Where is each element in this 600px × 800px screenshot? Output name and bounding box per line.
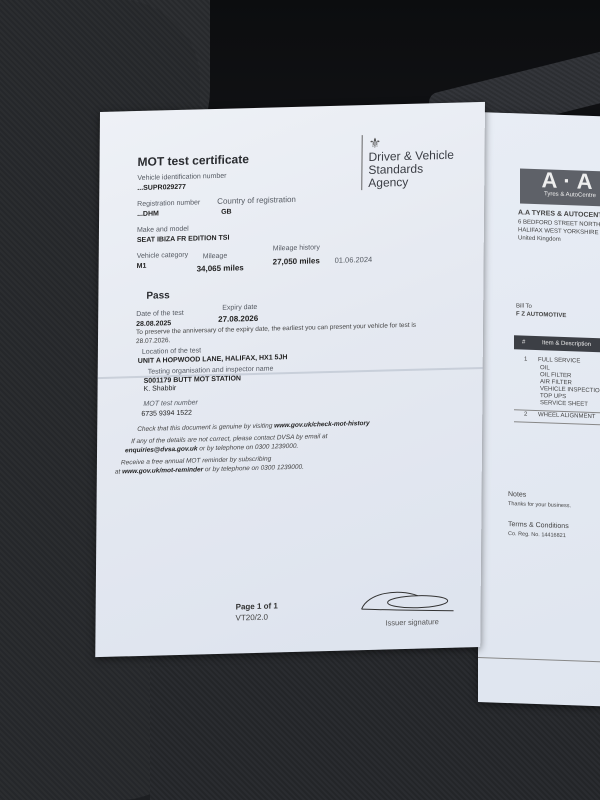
form-code: VT20/2.0 (236, 613, 269, 623)
reg-label: Registration number (137, 199, 200, 208)
invoice-document: A·A Tyres & AutoCentre A.A TYRES & AUTOC… (478, 112, 600, 707)
page-number: Page 1 of 1 (236, 601, 278, 611)
test-result: Pass (146, 290, 169, 302)
vin-label: Vehicle identification number (137, 173, 226, 182)
mileage-label: Mileage (203, 253, 228, 261)
check-text: Check that this document is genuine by v… (137, 420, 369, 433)
item-number: 1 (524, 357, 527, 363)
test-number-label: MOT test number (143, 399, 198, 407)
mot-reminder-link[interactable]: www.gov.uk/mot-reminder (122, 466, 203, 475)
signature-line (478, 657, 600, 663)
contact-email-link[interactable]: enquiries@dvsa.gov.uk (125, 445, 198, 454)
signature-icon (358, 585, 458, 616)
make-model-value: SEAT IBIZA FR EDITION TSI (137, 235, 230, 244)
category-value: M1 (137, 263, 147, 270)
location-label: Location of the test (142, 347, 201, 356)
test-number-value: 6735 9394 1522 (141, 410, 192, 418)
category-label: Vehicle category (137, 252, 188, 260)
make-model-label: Make and model (137, 226, 189, 234)
check-mot-link[interactable]: www.gov.uk/check-mot-history (274, 420, 370, 430)
location-value: UNIT A HOPWOOD LANE, HALIFAX, HX1 5JH (138, 354, 288, 365)
item-title: FULL SERVICE (538, 357, 580, 364)
mileage-history-value: 27,050 miles (273, 256, 320, 266)
mileage-value: 34,065 miles (197, 263, 244, 273)
bill-to-label: Bill To (516, 303, 532, 310)
terms-label: Terms & Conditions (508, 521, 569, 530)
inspector-name: K. Shabbir (144, 385, 177, 393)
reg-value: ...DHM (137, 210, 159, 218)
vin-value: ...SUPR029277 (137, 184, 186, 192)
dvsa-logo: ⚜ Driver & Vehicle Standards Agency (361, 133, 454, 190)
signature-label: Issuer signature (385, 617, 438, 627)
bill-to-value: F Z AUTOMOTIVE (516, 311, 566, 319)
item-title: WHEEL ALIGNMENT (538, 412, 595, 420)
invoice-table-header: # Item & Description (514, 335, 600, 354)
country-label: Country of registration (217, 195, 296, 206)
row-divider (514, 421, 600, 427)
mot-certificate: MOT test certificate ⚜ Driver & Vehicle … (95, 102, 485, 657)
certificate-title: MOT test certificate (137, 152, 248, 169)
mileage-history-date: 01.06.2024 (335, 255, 373, 265)
country-value: GB (221, 209, 232, 216)
org-value: S001179 BUTT MOT STATION (144, 375, 241, 385)
expiry-label: Expiry date (222, 304, 257, 312)
notes-value: Thanks for your business. (508, 501, 571, 509)
preserve-note: To preserve the anniversary of the expir… (136, 322, 416, 336)
test-date-value: 28.08.2025 (136, 320, 171, 328)
expiry-value: 27.08.2026 (218, 314, 258, 324)
terms-value: Co. Reg. No. 14416821 (508, 531, 566, 539)
notes-label: Notes (508, 491, 526, 499)
preserve-date: 28.07.2026. (136, 337, 170, 345)
test-date-label: Date of the test (136, 310, 184, 318)
address-country: United Kingdom (518, 235, 561, 242)
item-number: 2 (524, 412, 527, 418)
mileage-history-label: Mileage history (273, 244, 320, 252)
company-logo: A·A Tyres & AutoCentre (520, 168, 600, 206)
company-name: A.A TYRES & AUTOCENTRE (518, 209, 600, 219)
